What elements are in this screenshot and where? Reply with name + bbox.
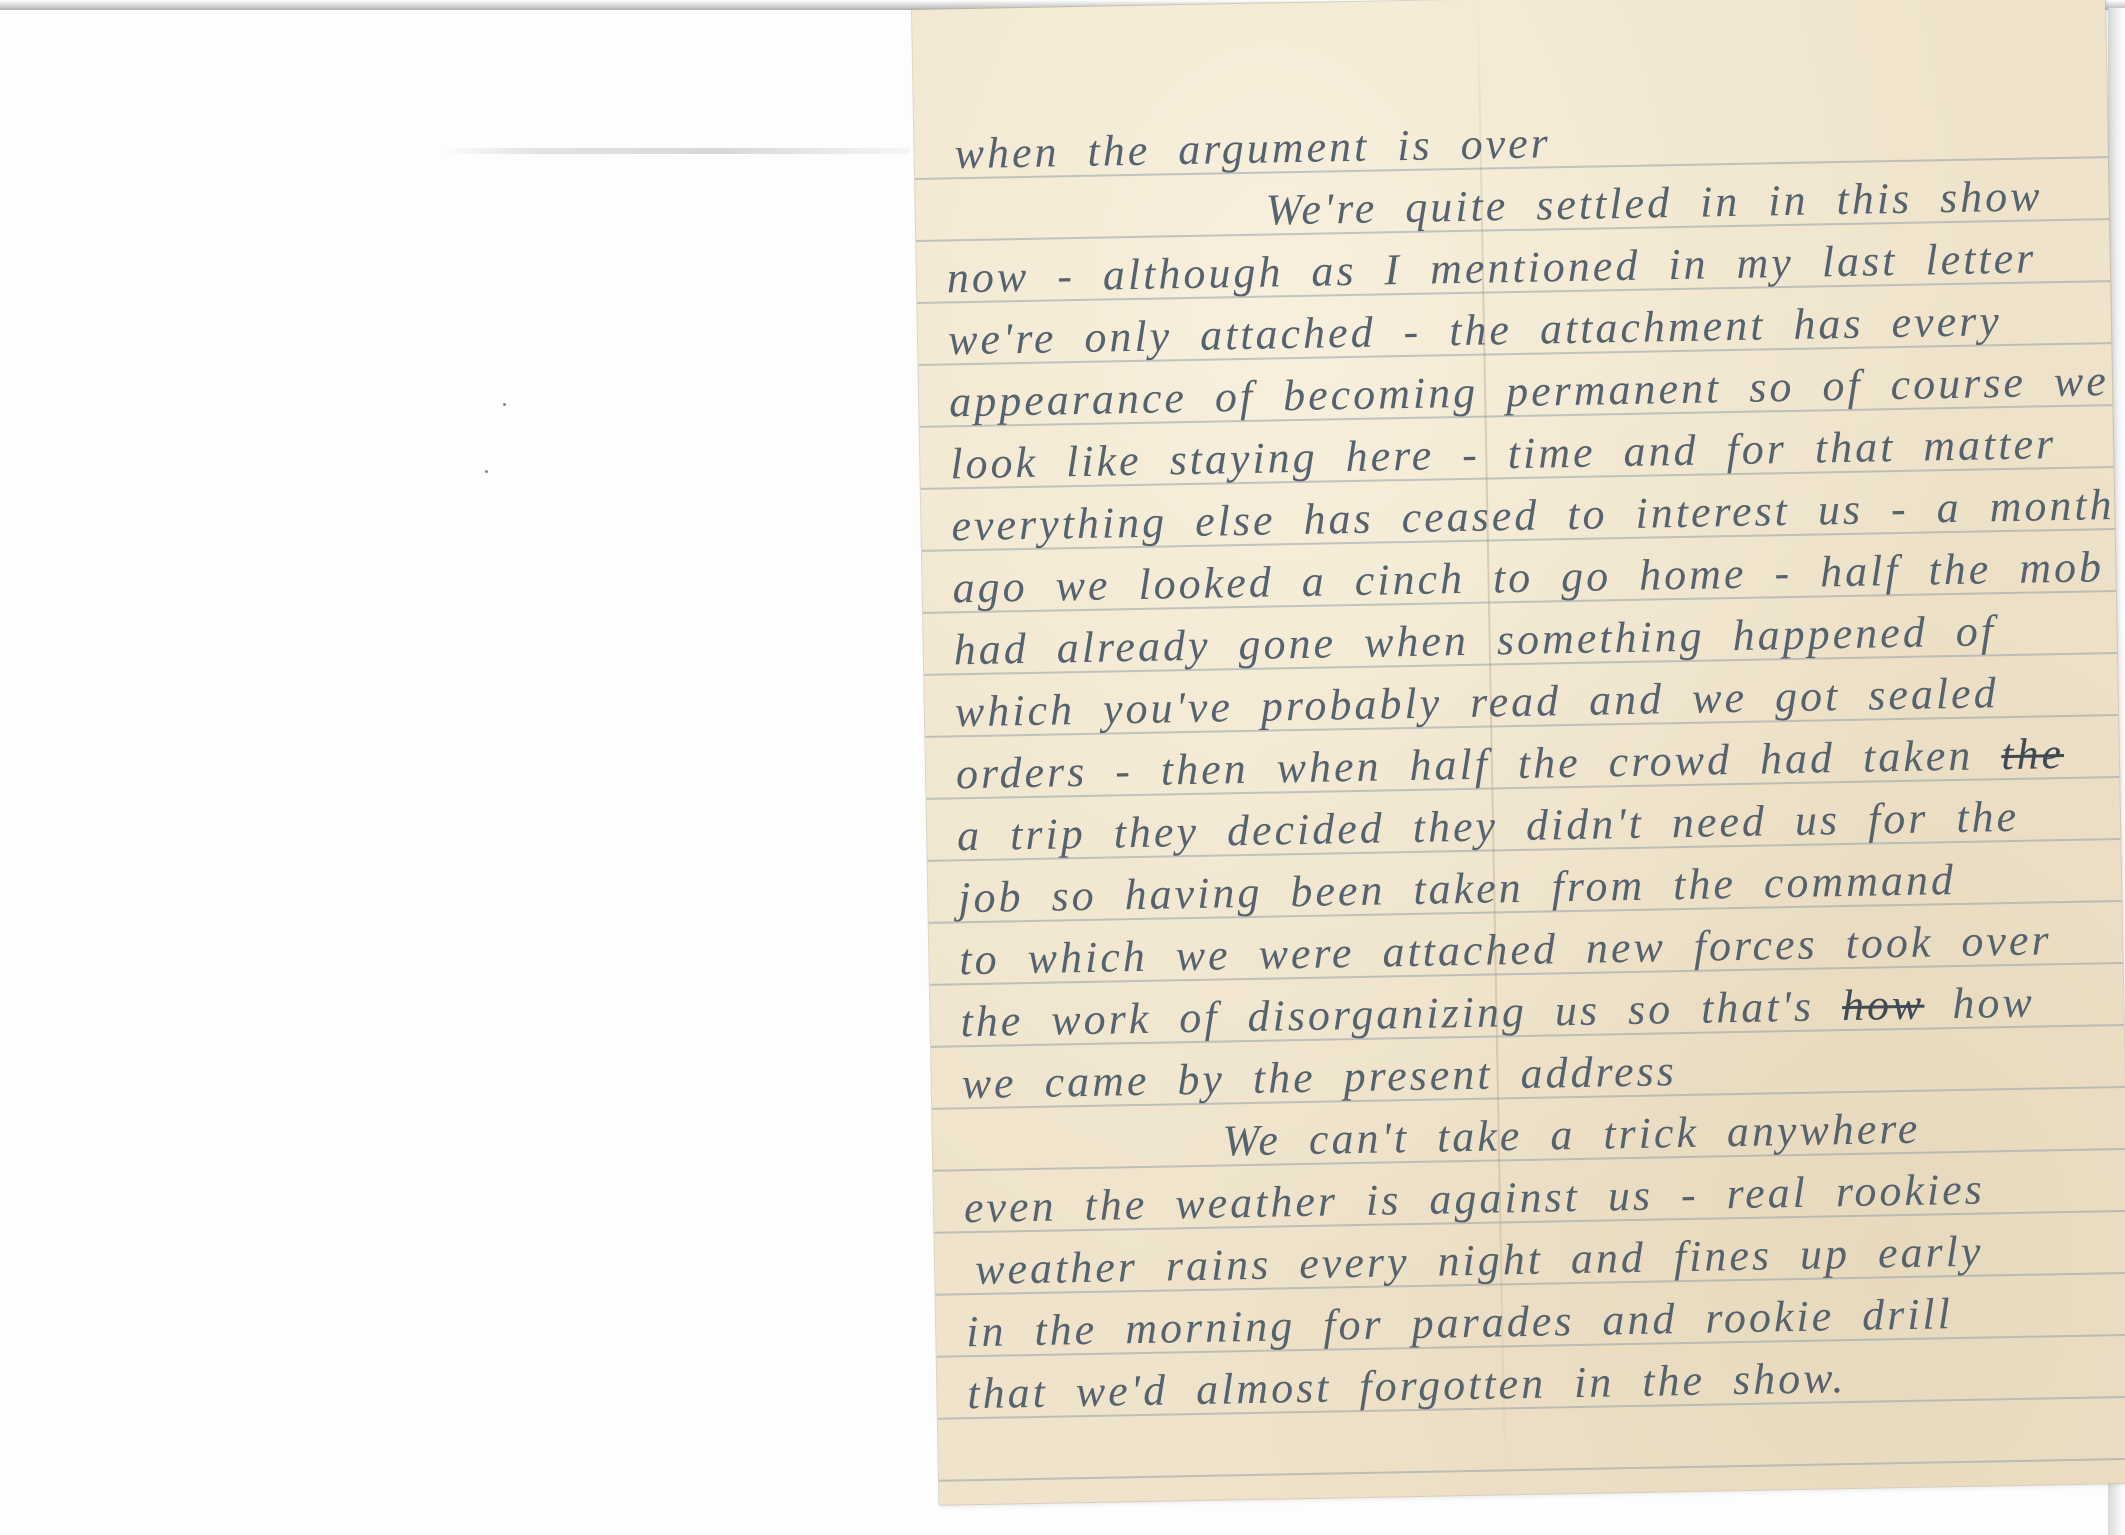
line-text: how — [1924, 978, 2035, 1029]
handwritten-line-9: had already gone when something happened… — [953, 609, 1996, 672]
crossed-out-word: the — [2001, 729, 2065, 779]
crossed-out-word: how — [1842, 980, 1925, 1031]
handwritten-line-19: weather rains every night and fines up e… — [975, 1230, 1984, 1292]
show-through-ink — [440, 148, 910, 154]
handwritten-line-7: everything else has ceased to interest u… — [951, 483, 2115, 548]
scanned-page: when the argument is over We're quite se… — [0, 0, 2125, 1535]
handwritten-line-5: appearance of becoming permanent so of c… — [949, 359, 2109, 424]
handwritten-line-12: a trip they decided they didn't need us … — [957, 795, 2020, 858]
line-text: the work of disorganizing us so that's — [960, 981, 1842, 1046]
handwritten-line-1: when the argument is over — [954, 121, 1551, 176]
handwritten-line-21: that we'd almost forgotten in the show. — [967, 1356, 1847, 1416]
line-text: orders - then when half the crowd had ta… — [956, 730, 2002, 798]
handwritten-line-3: now - although as I mentioned in my last… — [947, 236, 2037, 300]
handwritten-line-8: ago we looked a cinch to go home - half … — [952, 545, 2104, 610]
ruled-line — [939, 1458, 2125, 1482]
handwritten-line-15: the work of disorganizing us so that's h… — [960, 981, 2035, 1045]
handwritten-line-18: even the weather is against us - real ro… — [964, 1168, 1986, 1231]
handwritten-line-2: We're quite settled in in this show — [1265, 174, 2043, 232]
handwritten-line-20: in the morning for parades and rookie dr… — [966, 1292, 1953, 1354]
dust-speck — [485, 470, 488, 473]
handwritten-line-4: we're only attached - the attachment has… — [948, 299, 2002, 362]
dust-speck — [503, 403, 506, 406]
handwritten-line-11: orders - then when half the crowd had ta… — [956, 732, 2065, 796]
letter-paper: when the argument is over We're quite se… — [912, 0, 2125, 1505]
handwritten-line-6: look like staying here - time and for th… — [950, 422, 2057, 486]
handwritten-line-10: which you've probably read and we got se… — [954, 671, 1999, 734]
handwritten-line-14: to which we were attached new forces too… — [959, 918, 2052, 982]
handwritten-line-13: job so having been taken from the comman… — [958, 858, 1956, 920]
